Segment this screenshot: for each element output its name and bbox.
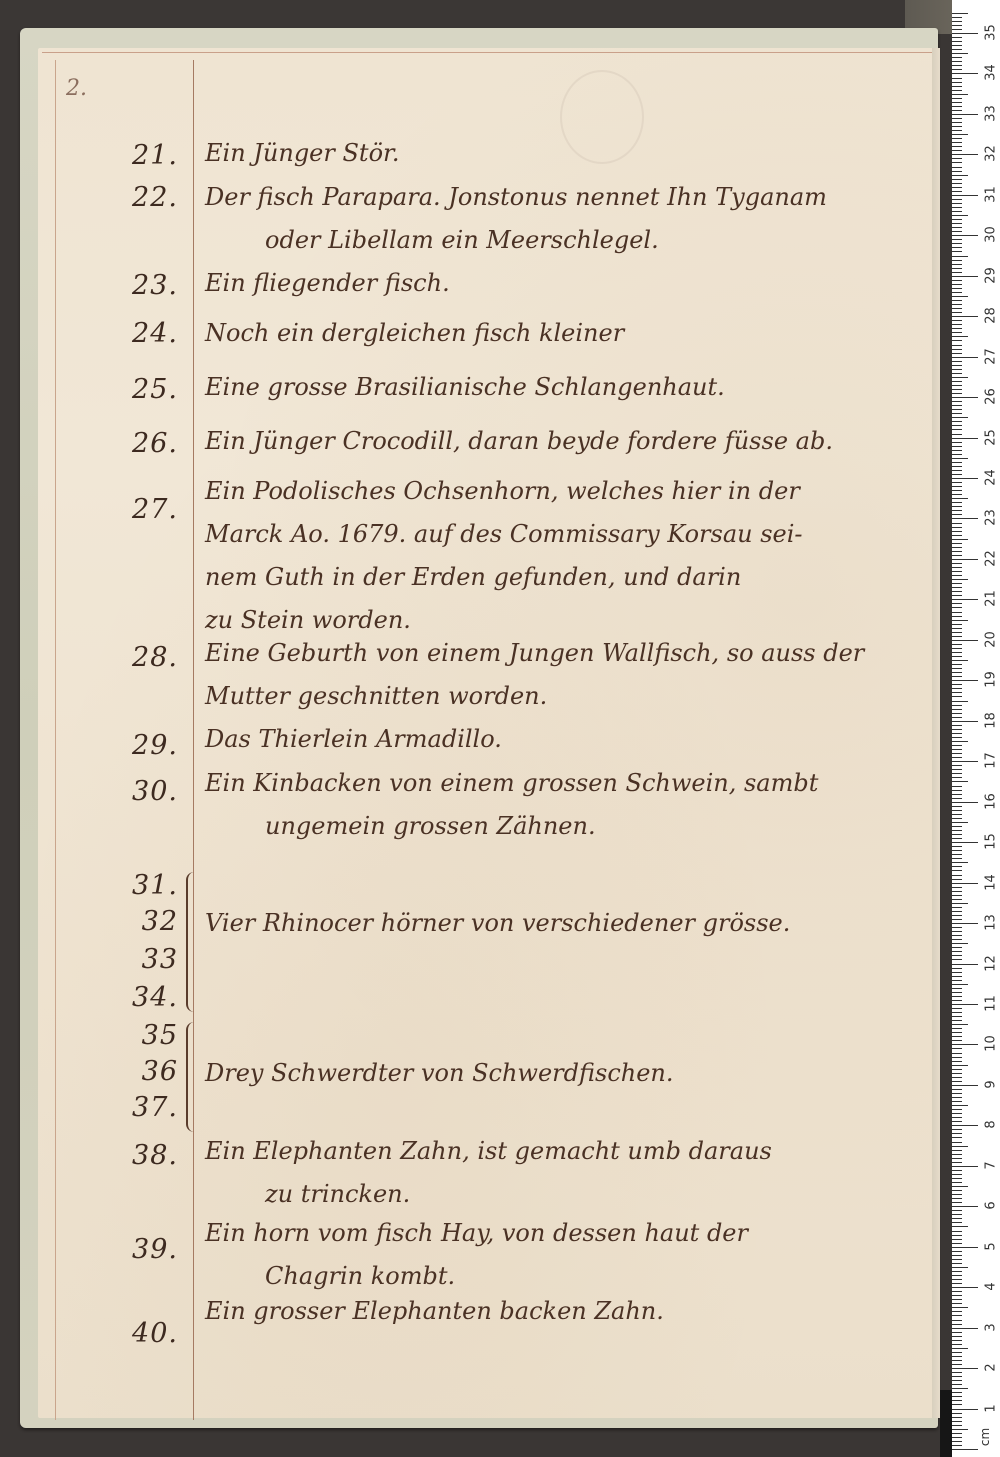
ruler-tick xyxy=(952,1445,962,1446)
ruler-tick xyxy=(952,1158,962,1159)
ruler-tick xyxy=(952,1210,962,1211)
ruler-tick xyxy=(952,1425,962,1426)
ruler-tick xyxy=(952,1081,962,1082)
ruler-tick xyxy=(952,1352,962,1353)
ruler-tick xyxy=(952,806,962,807)
page-number: 2. xyxy=(66,76,87,101)
ruler-tick xyxy=(952,1008,962,1009)
ruler-tick xyxy=(952,612,962,613)
ruler-tick xyxy=(952,304,962,305)
ruler-tick xyxy=(952,603,962,604)
ruler-tick xyxy=(952,1417,962,1418)
ruler-tick xyxy=(952,1085,978,1086)
ruler-tick xyxy=(952,761,978,762)
ruler-tick xyxy=(952,1400,962,1401)
entry-line: Das Thierlein Armadillo. xyxy=(205,725,502,753)
ruler-tick xyxy=(952,923,978,924)
ruler-tick xyxy=(952,292,962,293)
ruler-tick xyxy=(952,191,962,192)
ruler-tick xyxy=(952,1133,962,1134)
ruler-tick xyxy=(952,138,962,139)
ruler-tick xyxy=(952,676,962,677)
ruler-tick xyxy=(952,1263,962,1264)
ruler-tick xyxy=(952,555,962,556)
ruler-tick xyxy=(952,1271,962,1272)
ruler-tick xyxy=(952,1146,968,1147)
ruler-tick xyxy=(952,810,962,811)
ruler-unit-label: cm xyxy=(978,1428,992,1446)
ruler-tick xyxy=(952,37,962,38)
ruler-tick xyxy=(952,397,978,398)
entry-text: Eine Geburth von einem Jungen Wallfisch,… xyxy=(205,632,930,718)
ruler-tick xyxy=(952,514,962,515)
ruler-tick xyxy=(952,672,962,673)
ruler-tick xyxy=(952,13,968,14)
ruler-tick xyxy=(952,1336,962,1337)
ruler-tick xyxy=(952,150,962,151)
entry-number: 28. xyxy=(118,642,178,673)
ruler-tick xyxy=(952,1315,962,1316)
ruler-tick xyxy=(952,733,962,734)
ruler-tick xyxy=(952,915,962,916)
ruler-tick xyxy=(952,167,962,168)
entry-number: 34. xyxy=(118,982,178,1013)
ruler-tick xyxy=(952,1105,968,1106)
ruler-tick xyxy=(952,1109,962,1110)
ruler-tick xyxy=(952,1287,978,1288)
ruler-tick xyxy=(952,563,962,564)
ruler-tick xyxy=(952,377,968,378)
ruler-tick xyxy=(952,1125,978,1126)
ruler-tick xyxy=(952,1392,962,1393)
ruler-tick xyxy=(952,753,962,754)
ruler-tick xyxy=(952,1437,962,1438)
ruler-tick xyxy=(952,158,962,159)
ruler-tick xyxy=(952,353,962,354)
ruler-tick xyxy=(952,175,968,176)
entry-line: Ein Jünger Crocodill, daran beyde forder… xyxy=(205,427,833,455)
ruler-tick xyxy=(952,1429,968,1430)
ruler-tick xyxy=(952,1061,962,1062)
ruler-tick xyxy=(952,846,962,847)
entry-line: Mutter geschnitten worden. xyxy=(205,682,547,710)
entry-line: Noch ein dergleichen fisch kleiner xyxy=(205,319,624,347)
ruler-tick xyxy=(952,235,978,236)
ruler-tick xyxy=(952,607,962,608)
ruler-tick xyxy=(952,1024,968,1025)
entry-line: Ein horn vom fisch Hay, von dessen haut … xyxy=(205,1219,748,1247)
entry-line: Vier Rhinocer hörner von verschiedener g… xyxy=(205,909,790,937)
ruler-tick xyxy=(952,405,962,406)
ruler-tick xyxy=(952,1421,962,1422)
ruler-tick xyxy=(952,1396,962,1397)
ruler-tick xyxy=(952,656,962,657)
entry-line: Eine Geburth von einem Jungen Wallfisch,… xyxy=(205,639,864,667)
ruler-tick xyxy=(952,146,962,147)
ruler-tick xyxy=(952,130,962,131)
ruler-tick xyxy=(952,49,962,50)
ruler-tick xyxy=(952,814,962,815)
ruler-tick xyxy=(952,207,962,208)
entry-line: Ein fliegender fisch. xyxy=(205,269,450,297)
ruler-tick xyxy=(952,381,962,382)
ruler-label: 18 xyxy=(984,711,999,729)
ruler-tick xyxy=(952,830,962,831)
ruler-tick xyxy=(952,114,978,115)
ruler-tick xyxy=(952,1384,962,1385)
ruler-tick xyxy=(952,73,978,74)
ruler-label: 1 xyxy=(984,1399,999,1417)
ruler-tick xyxy=(952,195,978,196)
ruler-label: 31 xyxy=(984,185,999,203)
ruler-tick xyxy=(952,769,962,770)
ruler-tick xyxy=(952,1117,962,1118)
ruler-tick xyxy=(952,1048,962,1049)
ruler-tick xyxy=(952,425,962,426)
ruler-tick xyxy=(952,1089,962,1090)
ruler-tick xyxy=(952,794,962,795)
ruler-label: 7 xyxy=(984,1156,999,1174)
ruler-tick xyxy=(952,972,962,973)
ruler-tick xyxy=(952,1097,962,1098)
ruler-tick xyxy=(952,648,962,649)
ruler-tick xyxy=(952,61,962,62)
ruler-tick xyxy=(952,866,962,867)
entry-number: 24. xyxy=(118,318,178,349)
entry-line: nem Guth in der Erden gefunden, und dari… xyxy=(205,563,741,591)
ruler-tick xyxy=(952,126,962,127)
ruler-label: 13 xyxy=(984,914,999,932)
ruler-tick xyxy=(952,393,962,394)
entry-line: Der fisch Parapara. Jonstonus nennet Ihn… xyxy=(205,183,827,211)
ruler-tick xyxy=(952,1267,968,1268)
ruler-tick xyxy=(952,102,962,103)
ruler-tick xyxy=(952,1206,978,1207)
ruler-tick xyxy=(952,713,962,714)
ruler-tick xyxy=(952,535,962,536)
ruler-label: 21 xyxy=(984,590,999,608)
ruler-tick xyxy=(952,947,962,948)
ruler-tick xyxy=(952,705,962,706)
entry-line: Ein grosser Elephanten backen Zahn. xyxy=(205,1297,664,1325)
grouping-brace xyxy=(186,1022,200,1132)
ruler-tick xyxy=(952,490,962,491)
ruler-tick xyxy=(952,802,978,803)
ruler-label: 8 xyxy=(984,1116,999,1134)
ruler-label: 30 xyxy=(984,226,999,244)
ruler-tick xyxy=(952,272,962,273)
entry-text: Ein Elephanten Zahn, ist gemacht umb dar… xyxy=(205,1130,930,1216)
ruler-tick xyxy=(952,106,962,107)
ruler-tick xyxy=(952,680,978,681)
ruler-tick xyxy=(952,1012,962,1013)
ruler-tick xyxy=(952,1044,978,1045)
ruler-tick xyxy=(952,510,962,511)
ruler-tick xyxy=(952,968,962,969)
ruler-tick xyxy=(952,688,962,689)
ruler-tick xyxy=(952,1259,962,1260)
ruler-tick xyxy=(952,1239,962,1240)
ruler-tick xyxy=(952,243,962,244)
ruler-tick xyxy=(952,251,962,252)
ruler-tick xyxy=(952,1194,962,1195)
ruler-tick xyxy=(952,595,962,596)
ruler-tick xyxy=(952,284,962,285)
scan-backdrop xyxy=(0,0,960,30)
ruler-tick xyxy=(952,94,968,95)
ruler-tick xyxy=(952,434,962,435)
ruler-label: 4 xyxy=(984,1278,999,1296)
ruler-tick xyxy=(952,1016,962,1017)
ruler-tick xyxy=(952,660,968,661)
ruler-tick xyxy=(952,474,962,475)
entry-number: 35 xyxy=(118,1020,178,1051)
ruler-tick xyxy=(952,547,962,548)
ruler-tick xyxy=(952,227,962,228)
ruler-tick xyxy=(952,409,962,410)
ruler-tick xyxy=(952,219,962,220)
ruler-tick xyxy=(952,1311,962,1312)
ruler-tick xyxy=(952,41,962,42)
ruler-tick xyxy=(952,1344,962,1345)
ruler-tick xyxy=(952,308,962,309)
ruler-tick xyxy=(952,1441,962,1442)
ruler-label: 25 xyxy=(984,428,999,446)
ruler-tick xyxy=(952,373,962,374)
ruler-tick xyxy=(952,1255,962,1256)
ruler-tick xyxy=(952,21,962,22)
ruler-tick xyxy=(952,1388,968,1389)
ruler-tick xyxy=(952,223,962,224)
ruler-tick xyxy=(952,82,962,83)
left-border-line xyxy=(55,60,56,1420)
ruler-tick xyxy=(952,644,962,645)
ruler-tick xyxy=(952,701,968,702)
ruler-tick xyxy=(952,620,968,621)
ruler-tick xyxy=(952,454,962,455)
ruler-tick xyxy=(952,154,978,155)
ruler-tick xyxy=(952,1433,962,1434)
ruler-tick xyxy=(952,895,962,896)
ruler-tick xyxy=(952,959,962,960)
ruler-tick xyxy=(952,842,978,843)
ruler-tick xyxy=(952,29,962,30)
ruler-tick xyxy=(952,1243,962,1244)
ruler-label: 29 xyxy=(984,266,999,284)
ruler-tick xyxy=(952,324,962,325)
ruler-label: 2 xyxy=(984,1359,999,1377)
entry-line: Ein Kinbacken von einem grossen Schwein,… xyxy=(205,769,818,797)
ruler-tick xyxy=(952,781,968,782)
ruler-tick xyxy=(952,1129,962,1130)
entry-line: ungemein grossen Zähnen. xyxy=(205,805,930,848)
entry-line: Marck Ao. 1679. auf des Commissary Korsa… xyxy=(205,520,803,548)
ruler-label: 32 xyxy=(984,145,999,163)
ruler-tick xyxy=(952,976,962,977)
ruler-tick xyxy=(952,955,962,956)
ruler-tick xyxy=(952,616,962,617)
ruler-tick xyxy=(952,664,962,665)
ruler-tick xyxy=(952,883,978,884)
ruler-tick xyxy=(952,1372,962,1373)
ruler-tick xyxy=(952,927,962,928)
entry-number: 40. xyxy=(118,1318,178,1349)
ruler-label: 28 xyxy=(984,307,999,325)
entry-number: 36 xyxy=(118,1056,178,1087)
ruler-tick xyxy=(952,65,962,66)
measuring-ruler: cm 1234567891011121314151617181920212223… xyxy=(952,0,1000,1457)
margin-rule-line xyxy=(193,60,194,1420)
entry-number: 30. xyxy=(118,776,178,807)
entry-text: Das Thierlein Armadillo. xyxy=(205,718,930,761)
ruler-label: 23 xyxy=(984,509,999,527)
ruler-tick xyxy=(952,1020,962,1021)
ruler-tick xyxy=(952,786,962,787)
ruler-tick xyxy=(952,502,962,503)
ruler-tick xyxy=(952,1069,962,1070)
page-fold xyxy=(932,48,940,1418)
ruler-tick xyxy=(952,887,962,888)
ruler-tick xyxy=(952,1279,962,1280)
ruler-tick xyxy=(952,1154,962,1155)
ruler-tick xyxy=(952,1231,962,1232)
ruler-tick xyxy=(952,162,962,163)
ruler-tick xyxy=(952,256,968,257)
ruler-tick xyxy=(952,551,962,552)
ruler-tick xyxy=(952,349,962,350)
ruler-tick xyxy=(952,1053,962,1054)
ruler-label: 3 xyxy=(984,1318,999,1336)
entry-text: Ein fliegender fisch. xyxy=(205,262,930,305)
ruler-tick xyxy=(952,587,962,588)
ruler-tick xyxy=(952,1307,968,1308)
ruler-label: 12 xyxy=(984,954,999,972)
entry-line: Ein Jünger Stör. xyxy=(205,139,399,167)
ruler-tick xyxy=(952,875,962,876)
ruler-tick xyxy=(952,69,962,70)
ruler-tick xyxy=(952,1150,962,1151)
ruler-label: 15 xyxy=(984,833,999,851)
ruler-tick xyxy=(952,1178,962,1179)
ruler-tick xyxy=(952,142,962,143)
ruler-label: 35 xyxy=(984,24,999,42)
entry-number: 33 xyxy=(118,944,178,975)
ruler-tick xyxy=(952,268,962,269)
entry-text: Ein horn vom fisch Hay, von dessen haut … xyxy=(205,1212,930,1298)
ruler-tick xyxy=(952,429,962,430)
ruler-tick xyxy=(952,745,962,746)
ruler-tick xyxy=(952,1093,962,1094)
ruler-tick xyxy=(952,988,962,989)
ruler-tick xyxy=(952,709,962,710)
entry-number: 22. xyxy=(118,182,178,213)
ruler-tick xyxy=(952,86,962,87)
ruler-tick xyxy=(952,822,968,823)
ruler-tick xyxy=(952,442,962,443)
ruler-tick xyxy=(952,725,962,726)
ruler-tick xyxy=(952,1040,962,1041)
ruler-tick xyxy=(952,1162,962,1163)
ruler-tick xyxy=(952,579,968,580)
entry-text: Ein Podolisches Ochsenhorn, welches hier… xyxy=(205,470,930,642)
ruler-tick xyxy=(952,462,962,463)
ruler-tick xyxy=(952,211,962,212)
ruler-tick xyxy=(952,316,978,317)
ruler-tick xyxy=(952,1202,962,1203)
entry-text: Ein Jünger Crocodill, daran beyde forder… xyxy=(205,420,930,463)
ruler-tick xyxy=(952,1057,962,1058)
entry-number: 31. xyxy=(118,870,178,901)
entry-number: 23. xyxy=(118,270,178,301)
ruler-tick xyxy=(952,179,962,180)
ruler-tick xyxy=(952,943,968,944)
ruler-tick xyxy=(952,1142,962,1143)
ruler-tick xyxy=(952,539,968,540)
ruler-tick xyxy=(952,523,962,524)
ruler-label: 26 xyxy=(984,388,999,406)
ruler-tick xyxy=(952,919,962,920)
ruler-tick xyxy=(952,1413,962,1414)
ruler-tick xyxy=(952,527,962,528)
ruler-tick xyxy=(952,964,978,965)
ruler-tick xyxy=(952,1028,962,1029)
ruler-tick xyxy=(952,652,962,653)
ruler-tick xyxy=(952,1247,978,1248)
ruler-tick xyxy=(952,1182,962,1183)
ruler-tick xyxy=(952,939,962,940)
ruler-tick xyxy=(952,1137,962,1138)
ruler-tick xyxy=(952,543,962,544)
ruler-tick xyxy=(952,1376,962,1377)
ruler-tick xyxy=(952,640,978,641)
entry-text: Eine grosse Brasilianische Schlangenhaut… xyxy=(205,366,930,409)
ruler-tick xyxy=(952,1121,962,1122)
ruler-tick xyxy=(952,53,968,54)
ruler-tick xyxy=(952,498,968,499)
ruler-tick xyxy=(952,531,962,532)
ruler-tick xyxy=(952,1364,962,1365)
ruler-tick xyxy=(952,458,968,459)
ruler-tick xyxy=(952,466,962,467)
ruler-tick xyxy=(952,575,962,576)
ruler-tick xyxy=(952,798,962,799)
ruler-tick xyxy=(952,1328,978,1329)
ruler-label: 27 xyxy=(984,347,999,365)
ruler-tick xyxy=(952,421,962,422)
grouping-brace xyxy=(186,872,200,1012)
ruler-label: 19 xyxy=(984,671,999,689)
ruler-tick xyxy=(952,692,962,693)
ruler-label: 16 xyxy=(984,792,999,810)
entry-number: 26. xyxy=(118,428,178,459)
ruler-tick xyxy=(952,757,962,758)
ruler-tick xyxy=(952,482,962,483)
ruler-tick xyxy=(952,33,978,34)
ruler-tick xyxy=(952,1036,962,1037)
ruler-tick xyxy=(952,684,962,685)
ruler-tick xyxy=(952,1218,962,1219)
ruler-tick xyxy=(952,854,962,855)
ruler-tick xyxy=(952,357,978,358)
ruler-tick xyxy=(952,1073,962,1074)
ruler-tick xyxy=(952,296,968,297)
ruler-tick xyxy=(952,1360,962,1361)
ruler-tick xyxy=(952,1101,962,1102)
ruler-tick xyxy=(952,636,962,637)
entry-number: 21. xyxy=(118,140,178,171)
ruler-tick xyxy=(952,478,978,479)
ruler-tick xyxy=(952,1222,962,1223)
